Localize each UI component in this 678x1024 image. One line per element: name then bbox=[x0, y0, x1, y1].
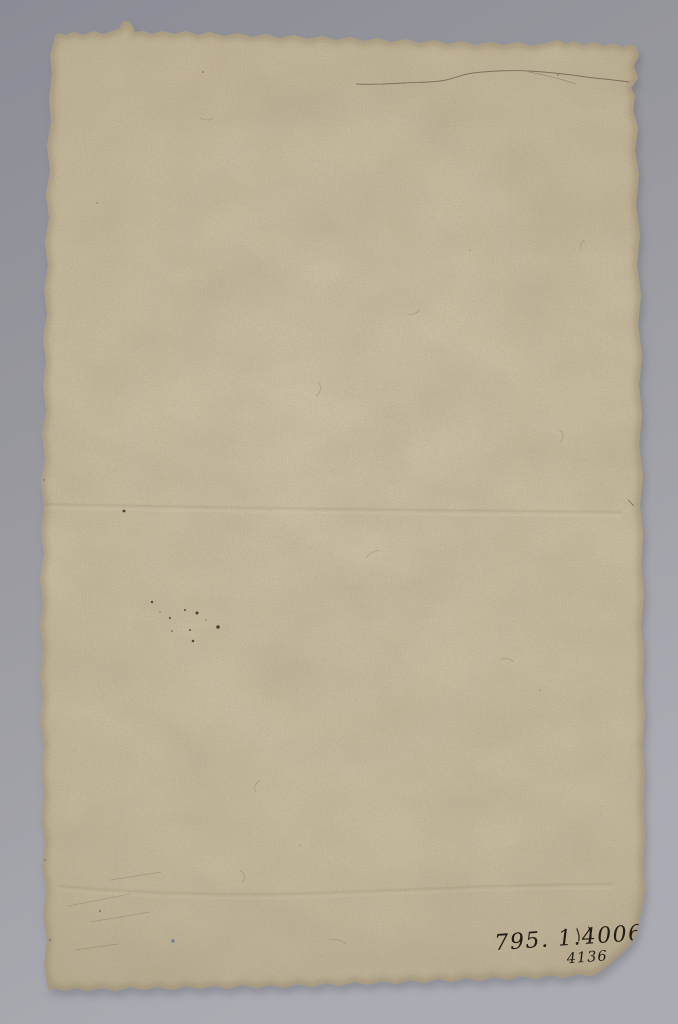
ink-speck bbox=[196, 612, 199, 615]
photograph-of-paper-sheet: 795. 1.4006 4136 bbox=[0, 0, 678, 1024]
dark-speck bbox=[123, 510, 126, 513]
ink-speck bbox=[184, 609, 186, 611]
ink-speck bbox=[205, 619, 207, 621]
blue-speck bbox=[171, 939, 174, 942]
inventory-number-secondary: 4136 bbox=[565, 948, 608, 967]
ink-speck bbox=[216, 625, 219, 628]
ink-speck bbox=[151, 601, 153, 603]
photo-canvas: 795. 1.4006 4136 bbox=[0, 0, 678, 1024]
ink-speck bbox=[189, 629, 191, 631]
ink-speck bbox=[159, 611, 160, 612]
ink-speck bbox=[171, 630, 173, 632]
paper-sheet: 795. 1.4006 4136 bbox=[30, 10, 655, 1010]
ink-speck bbox=[192, 640, 195, 643]
ink-speck bbox=[169, 617, 171, 619]
